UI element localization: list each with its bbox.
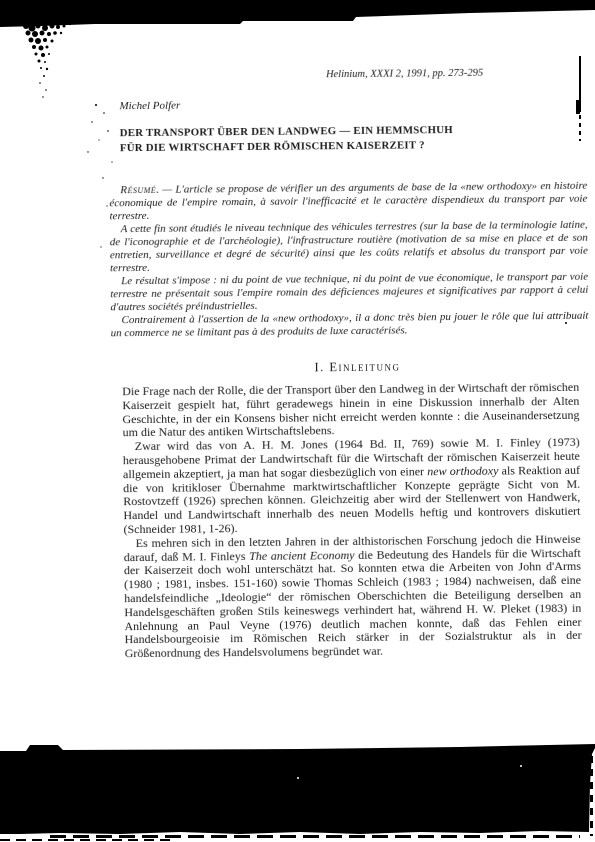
abstract-paragraph: Contrairement à l'assertion de la «new o… <box>110 310 588 341</box>
text-segment: Le résultat s'impose : ni du point de vu… <box>110 271 588 314</box>
body-text: Die Frage nach der Rolle, die der Transp… <box>122 381 582 661</box>
abstract-section: Résumé. — L'article se propose de vérifi… <box>109 180 588 341</box>
author-name: Michel Polfer <box>119 96 576 113</box>
section-heading: I. Einleitung <box>136 358 579 377</box>
body-paragraph: Die Frage nach der Rolle, die der Transp… <box>122 381 580 441</box>
text-segment: die Bedeutung des Handels für die Wirtsc… <box>124 545 582 660</box>
scanned-page: Helinium, XXXI 2, 1991, pp. 273-295 Mich… <box>0 0 595 842</box>
abstract-paragraph: A cette fin sont étudiés le niveau techn… <box>110 219 588 276</box>
abstract-paragraph: Résumé. — L'article se propose de vérifi… <box>109 180 587 224</box>
text-segment: Résumé <box>120 184 156 196</box>
text-segment: . — L'article se propose de vérifier un … <box>109 180 587 223</box>
text-segment: A cette fin sont étudiés le niveau techn… <box>110 219 588 275</box>
scan-artifact-right-edge-dashes <box>579 115 581 141</box>
text-segment: Die Frage nach der Rolle, die der Transp… <box>122 380 579 440</box>
text-segment: The ancient Economy <box>249 548 354 563</box>
journal-reference: Helinium, XXXI 2, 1991, pp. 273-295 <box>119 67 483 83</box>
body-paragraph: Zwar wird das von A. H. M. Jones (1964 B… <box>123 436 581 537</box>
body-paragraph: Es mehren sich in den letzten Jahren in … <box>124 533 582 662</box>
scan-artifact-right-sliver-dashes <box>590 756 593 836</box>
scan-artifact-bottom-dashes <box>50 835 580 838</box>
scan-artifact-bottom-band <box>0 744 595 836</box>
scan-artifact-right-edge-tick <box>576 100 580 114</box>
article-title: DER TRANSPORT ÜBER DEN LANDWEG — EIN HEM… <box>120 122 577 155</box>
scan-artifact-bottom-dashes <box>0 839 170 841</box>
page-content: Helinium, XXXI 2, 1991, pp. 273-295 Mich… <box>118 0 581 661</box>
scan-artifact-pinhole <box>520 765 522 767</box>
text-segment: Contrairement à l'assertion de la «new o… <box>111 310 589 340</box>
abstract-paragraph: Le résultat s'impose : ni du point de vu… <box>110 271 588 315</box>
text-segment: new orthodoxy <box>427 463 498 478</box>
scan-artifact-pinhole <box>297 777 299 779</box>
